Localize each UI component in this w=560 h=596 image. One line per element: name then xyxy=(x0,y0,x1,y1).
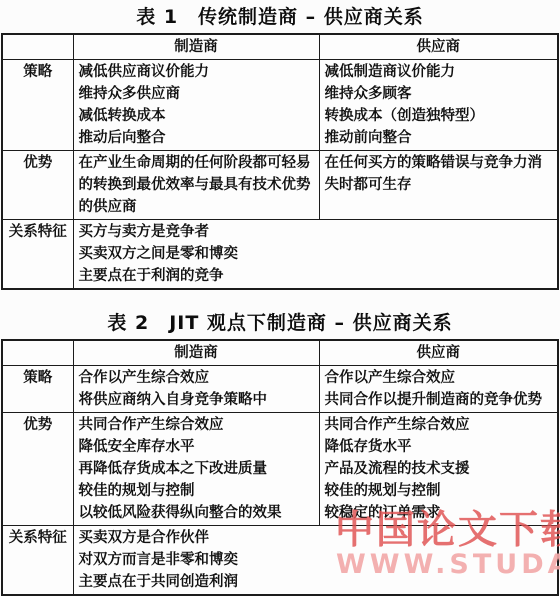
row-label: 优势 xyxy=(2,151,73,220)
manufacturer-cell: 共同合作产生综合效应降低安全库存水平再降低存货成本之下改进质量较佳的规划与控制以… xyxy=(73,413,319,526)
supplier-cell-line: 转换成本（创造独特型） xyxy=(325,105,553,127)
row-label: 关系特征 xyxy=(2,526,73,596)
table-2: 制造商供应商策略合作以产生综合效应将供应商纳入自身竞争策略中合作以产生综合效应共… xyxy=(1,339,559,596)
manufacturer-cell-line: 合作以产生综合效应 xyxy=(79,367,314,389)
supplier-cell: 减低制造商议价能力维持众多顾客转换成本（创造独特型）推动前向整合 xyxy=(319,60,558,151)
row-label: 策略 xyxy=(2,366,73,413)
row-label-header xyxy=(2,34,73,60)
table-row: 优势共同合作产生综合效应降低安全库存水平再降低存货成本之下改进质量较佳的规划与控… xyxy=(2,413,558,526)
table-row: 关系特征买方与卖方是竞争者买卖双方之间是零和博奕主要点在于利润的竞争 xyxy=(2,220,558,290)
supplier-cell: 合作以产生综合效应共同合作以提升制造商的竞争优势 xyxy=(319,366,558,413)
supplier-cell-line: 共同合作以提升制造商的竞争优势 xyxy=(325,389,553,411)
merged-cell-line: 主要点在于利润的竞争 xyxy=(79,265,553,287)
manufacturer-cell-line: 共同合作产生综合效应 xyxy=(79,414,314,436)
header-row: 制造商供应商 xyxy=(2,340,558,366)
manufacturer-cell-line: 将供应商纳入自身竞争策略中 xyxy=(79,389,314,411)
manufacturer-cell: 合作以产生综合效应将供应商纳入自身竞争策略中 xyxy=(73,366,319,413)
manufacturer-header: 制造商 xyxy=(73,340,319,366)
row-label: 优势 xyxy=(2,413,73,526)
manufacturer-cell-line: 较佳的规划与控制 xyxy=(79,480,314,502)
table-1-title: 表 1 传统制造商 – 供应商关系 xyxy=(0,6,560,28)
table-row: 关系特征买卖双方是合作伙伴对双方而言是非零和博奕主要点在于共同创造利润 xyxy=(2,526,558,596)
merged-cell: 买卖双方是合作伙伴对双方而言是非零和博奕主要点在于共同创造利润 xyxy=(73,526,558,596)
supplier-cell: 在任何买方的策略错误与竞争力消失时都可生存 xyxy=(319,151,558,220)
supplier-cell-line: 较稳定的订单需求 xyxy=(325,502,553,524)
row-label-header xyxy=(2,340,73,366)
manufacturer-cell-line: 再降低存货成本之下改进质量 xyxy=(79,458,314,480)
merged-cell-line: 买方与卖方是竞争者 xyxy=(79,221,553,243)
manufacturer-cell-line: 减低转换成本 xyxy=(79,105,314,127)
supplier-cell-line: 减低制造商议价能力 xyxy=(325,61,553,83)
manufacturer-cell-line: 减低供应商议价能力 xyxy=(79,61,314,83)
supplier-cell: 共同合作产生综合效应降低存货水平产品及流程的技术支援较佳的规划与控制较稳定的订单… xyxy=(319,413,558,526)
supplier-header: 供应商 xyxy=(319,34,558,60)
merged-cell: 买方与卖方是竞争者买卖双方之间是零和博奕主要点在于利润的竞争 xyxy=(73,220,558,290)
table-row: 策略合作以产生综合效应将供应商纳入自身竞争策略中合作以产生综合效应共同合作以提升… xyxy=(2,366,558,413)
merged-cell-line: 买卖双方之间是零和博奕 xyxy=(79,243,553,265)
manufacturer-cell: 减低供应商议价能力维持众多供应商减低转换成本推动后向整合 xyxy=(73,60,319,151)
manufacturer-cell-line: 以较低风险获得纵向整合的效果 xyxy=(79,502,314,524)
tables-container: 表 1 传统制造商 – 供应商关系制造商供应商策略减低供应商议价能力维持众多供应… xyxy=(0,6,560,596)
manufacturer-cell-line: 推动后向整合 xyxy=(79,127,314,149)
table-1: 制造商供应商策略减低供应商议价能力维持众多供应商减低转换成本推动后向整合减低制造… xyxy=(1,33,559,290)
table-2-title: 表 2 JIT 观点下制造商 – 供应商关系 xyxy=(0,312,560,334)
row-label: 策略 xyxy=(2,60,73,151)
supplier-cell-line: 产品及流程的技术支援 xyxy=(325,458,553,480)
supplier-cell-line: 降低存货水平 xyxy=(325,436,553,458)
supplier-header: 供应商 xyxy=(319,340,558,366)
manufacturer-header: 制造商 xyxy=(73,34,319,60)
header-row: 制造商供应商 xyxy=(2,34,558,60)
supplier-cell-line: 较佳的规划与控制 xyxy=(325,480,553,502)
supplier-cell-line: 共同合作产生综合效应 xyxy=(325,414,553,436)
manufacturer-cell-line: 维持众多供应商 xyxy=(79,83,314,105)
scanned-document-page: 表 1 传统制造商 – 供应商关系制造商供应商策略减低供应商议价能力维持众多供应… xyxy=(0,6,560,596)
row-label: 关系特征 xyxy=(2,220,73,290)
manufacturer-cell-line: 降低安全库存水平 xyxy=(79,436,314,458)
supplier-cell-line: 合作以产生综合效应 xyxy=(325,367,553,389)
supplier-cell-line: 在任何买方的策略错误与竞争力消失时都可生存 xyxy=(325,152,553,196)
table-row: 策略减低供应商议价能力维持众多供应商减低转换成本推动后向整合减低制造商议价能力维… xyxy=(2,60,558,151)
supplier-cell-line: 推动前向整合 xyxy=(325,127,553,149)
merged-cell-line: 买卖双方是合作伙伴 xyxy=(79,527,553,549)
merged-cell-line: 主要点在于共同创造利润 xyxy=(79,571,553,593)
supplier-cell-line: 维持众多顾客 xyxy=(325,83,553,105)
merged-cell-line: 对双方而言是非零和博奕 xyxy=(79,549,553,571)
manufacturer-cell: 在产业生命周期的任何阶段都可轻易的转换到最优效率与最具有技术优势的供应商 xyxy=(73,151,319,220)
manufacturer-cell-line: 在产业生命周期的任何阶段都可轻易的转换到最优效率与最具有技术优势的供应商 xyxy=(79,152,314,218)
table-row: 优势在产业生命周期的任何阶段都可轻易的转换到最优效率与最具有技术优势的供应商在任… xyxy=(2,151,558,220)
